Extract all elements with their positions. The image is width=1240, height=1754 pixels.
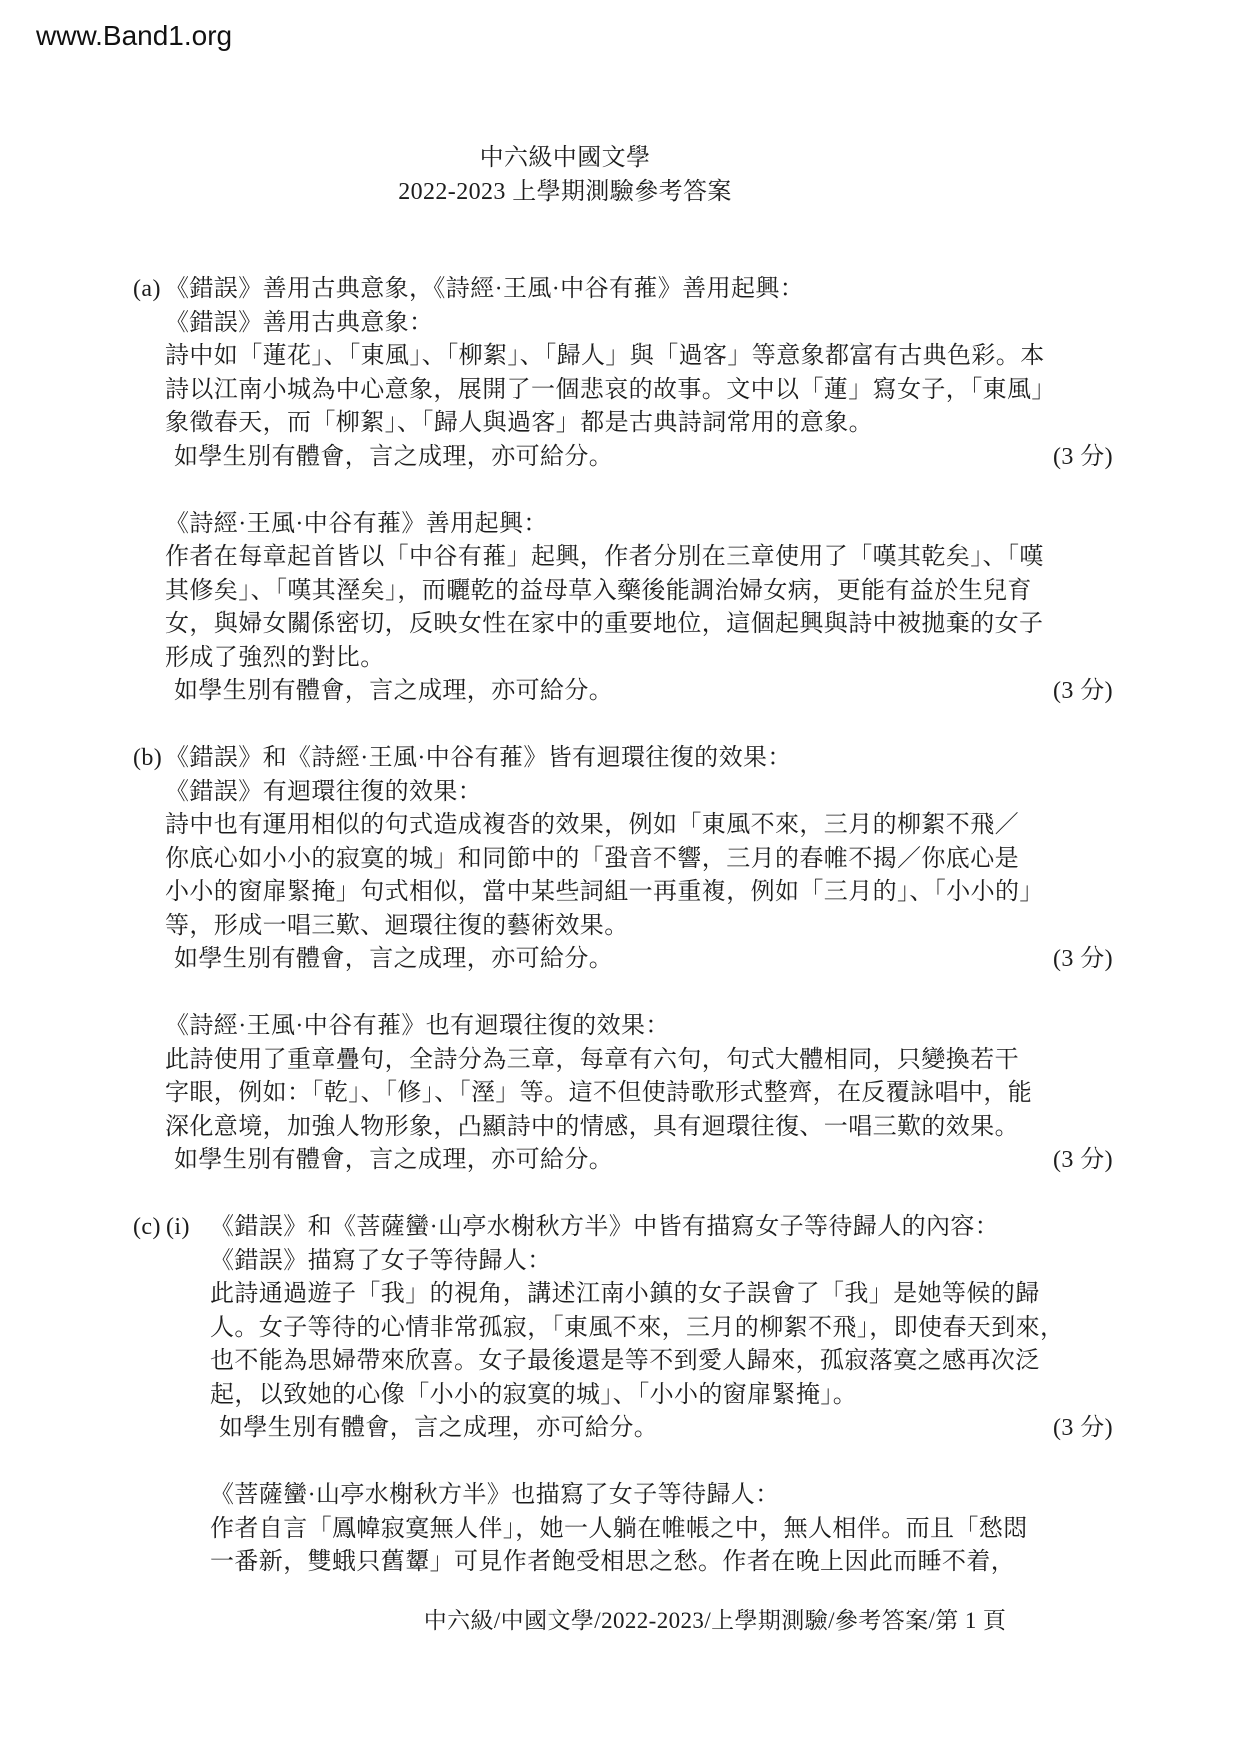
answer-line: 詩中如「蓮花」、「東風」、「柳絮」、「歸人」與「過客」等意象都富有古典色彩。本 xyxy=(165,340,1113,374)
answer-line: 詩以江南小城為中心意象，展開了一個悲哀的故事。文中以「蓮」寫女子，「東風」 xyxy=(165,374,1113,408)
block-heading: 《錯誤》善用古典意象： xyxy=(165,307,1113,341)
answer-line: 人。女子等待的心情非常孤寂，「東風不來，三月的柳絮不飛」，即使春天到來， xyxy=(210,1312,1113,1346)
document-title: 中六級中國文學 2022-2023 上學期測驗參考答案 xyxy=(0,141,1130,209)
answer-line: 起，以致她的心像「小小的寂寞的城」、「小小的窗扉緊掩」。 xyxy=(210,1379,1113,1413)
marks-label: (3 分) xyxy=(1053,1144,1113,1178)
watermark-url: www.Band1.org xyxy=(36,20,232,52)
grading-note: 如學生別有體會，言之成理，亦可給分。 xyxy=(219,1412,658,1446)
block-heading: 《詩經·王風·中谷有蓷》善用起興： xyxy=(165,508,1113,542)
answer-line: 作者自言「鳳幃寂寞無人伴」，她一人躺在帷帳之中，無人相伴。而且「愁悶 xyxy=(210,1513,1113,1547)
section-c-sub-label: (i) xyxy=(166,1211,190,1245)
answer-line: 也不能為思婦帶來欣喜。女子最後還是等不到愛人歸來，孤寂落寞之感再次泛 xyxy=(210,1345,1113,1379)
page-footer: 中六級/中國文學/2022-2023/上學期測驗/參考答案/第 1 頁 xyxy=(0,1604,1240,1638)
section-c-label: (c) xyxy=(133,1211,161,1245)
grading-note-row: 如學生別有體會，言之成理，亦可給分。 (3 分) xyxy=(165,441,1113,475)
block-heading: 《錯誤》描寫了女子等待歸人： xyxy=(210,1245,1113,1279)
answer-line: 詩中也有運用相似的句式造成複沓的效果，例如「東風不來，三月的柳絮不飛／ xyxy=(165,809,1113,843)
title-line-1: 中六級中國文學 xyxy=(0,141,1130,175)
marks-label: (3 分) xyxy=(1053,943,1113,977)
title-line-2: 2022-2023 上學期測驗參考答案 xyxy=(0,175,1130,209)
grading-note-row: 如學生別有體會，言之成理，亦可給分。 (3 分) xyxy=(165,1144,1113,1178)
section-b-label: (b) xyxy=(133,742,162,776)
section-a-label: (a) xyxy=(133,273,161,307)
marks-label: (3 分) xyxy=(1053,675,1113,709)
section-c-intro: 《錯誤》和《菩薩蠻·山亭水榭秋方半》中皆有描寫女子等待歸人的內容： xyxy=(210,1211,1113,1245)
answer-line: 你底心如小小的寂寞的城」和同節中的「蛩音不響，三月的春帷不揭／你底心是 xyxy=(165,843,1113,877)
answer-line: 小小的窗扉緊掩」句式相似，當中某些詞組一再重複，例如「三月的」、「小小的」 xyxy=(165,876,1113,910)
section-a: (a) 《錯誤》善用古典意象，《詩經·王風·中谷有蓷》善用起興： 《錯誤》善用古… xyxy=(0,273,1240,709)
block-heading: 《詩經·王風·中谷有蓷》也有迴環往復的效果： xyxy=(165,1010,1113,1044)
document-page: www.Band1.org 中六級中國文學 2022-2023 上學期測驗參考答… xyxy=(0,0,1240,1754)
answer-line: 象徵春天，而「柳絮」、「歸人與過客」都是古典詩詞常用的意象。 xyxy=(165,407,1113,441)
answer-line: 字眼，例如：「乾」、「修」、「溼」等。這不但使詩歌形式整齊，在反覆詠唱中，能 xyxy=(165,1077,1113,1111)
grading-note: 如學生別有體會，言之成理，亦可給分。 xyxy=(174,1144,613,1178)
section-b-intro: 《錯誤》和《詩經·王風·中谷有蓷》皆有迴環往復的效果： xyxy=(165,742,1113,776)
answer-line: 作者在每章起首皆以「中谷有蓷」起興，作者分別在三章使用了「嘆其乾矣」、「嘆 xyxy=(165,541,1113,575)
grading-note: 如學生別有體會，言之成理，亦可給分。 xyxy=(174,943,613,977)
section-c: (c) (i) 《錯誤》和《菩薩蠻·山亭水榭秋方半》中皆有描寫女子等待歸人的內容… xyxy=(0,1211,1240,1580)
grading-note-row: 如學生別有體會，言之成理，亦可給分。 (3 分) xyxy=(210,1412,1113,1446)
answer-line: 其修矣」、「嘆其溼矣」，而曬乾的益母草入藥後能調治婦女病，更能有益於生兒育 xyxy=(165,575,1113,609)
grading-note-row: 如學生別有體會，言之成理，亦可給分。 (3 分) xyxy=(165,675,1113,709)
answer-line: 女，與婦女關係密切，反映女性在家中的重要地位，這個起興與詩中被拋棄的女子 xyxy=(165,608,1113,642)
marks-label: (3 分) xyxy=(1053,441,1113,475)
marks-label: (3 分) xyxy=(1053,1412,1113,1446)
answer-line: 此詩使用了重章疊句，全詩分為三章，每章有六句，句式大體相同，只變換若干 xyxy=(165,1044,1113,1078)
grading-note: 如學生別有體會，言之成理，亦可給分。 xyxy=(174,441,613,475)
grading-note-row: 如學生別有體會，言之成理，亦可給分。 (3 分) xyxy=(165,943,1113,977)
answer-line: 形成了強烈的對比。 xyxy=(165,642,1113,676)
document-body: 中六級中國文學 2022-2023 上學期測驗參考答案 (a) 《錯誤》善用古典… xyxy=(0,141,1240,1637)
answer-line: 此詩通過遊子「我」的視角，講述江南小鎮的女子誤會了「我」是她等候的歸 xyxy=(210,1278,1113,1312)
block-heading: 《菩薩蠻·山亭水榭秋方半》也描寫了女子等待歸人： xyxy=(210,1479,1113,1513)
section-a-intro: 《錯誤》善用古典意象，《詩經·王風·中谷有蓷》善用起興： xyxy=(165,273,1113,307)
answer-line: 等，形成一唱三歎、迴環往復的藝術效果。 xyxy=(165,910,1113,944)
section-b: (b) 《錯誤》和《詩經·王風·中谷有蓷》皆有迴環往復的效果： 《錯誤》有迴環往… xyxy=(0,742,1240,1178)
grading-note: 如學生別有體會，言之成理，亦可給分。 xyxy=(174,675,613,709)
block-heading: 《錯誤》有迴環往復的效果： xyxy=(165,776,1113,810)
answer-line: 一番新，雙蛾只舊顰」可見作者飽受相思之愁。作者在晚上因此而睡不着， xyxy=(210,1546,1113,1580)
answer-line: 深化意境，加強人物形象，凸顯詩中的情感，具有迴環往復、一唱三歎的效果。 xyxy=(165,1111,1113,1145)
